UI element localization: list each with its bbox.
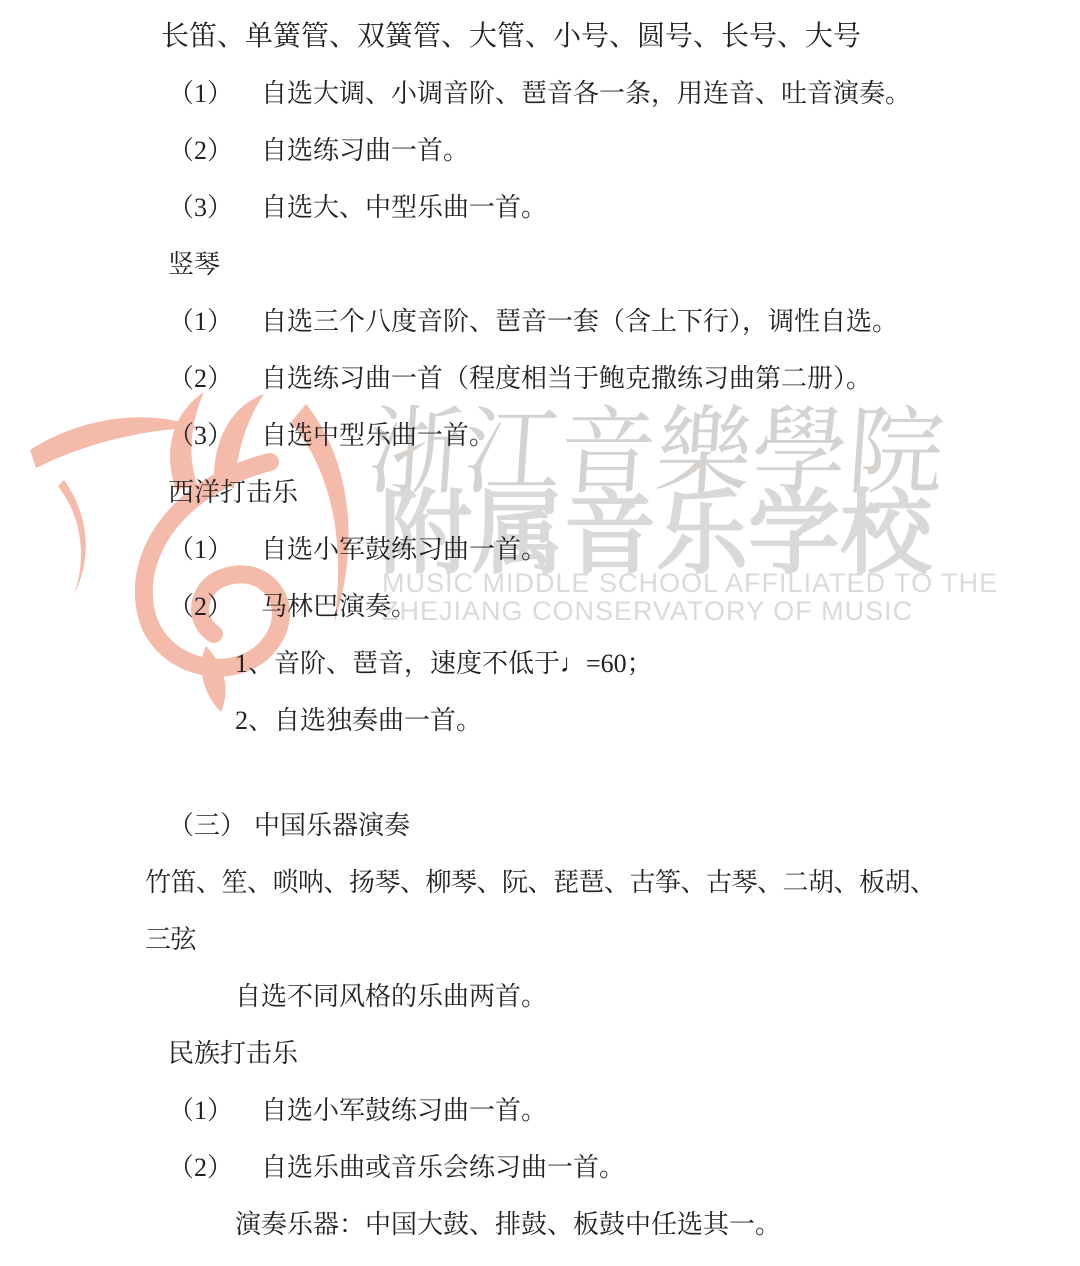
- line-text: 中国乐器演奏: [254, 797, 410, 854]
- line-text: 自选小军鼓练习曲一首。: [261, 1082, 547, 1139]
- line-number: （2）: [168, 1139, 233, 1196]
- line-text: 民族打击乐: [168, 1025, 298, 1082]
- text-line: 1、音阶、琶音，速度不低于♩=60；: [145, 635, 1040, 692]
- line-text: 自选中型乐曲一首。: [261, 407, 495, 464]
- text-line: （1）自选小军鼓练习曲一首。: [145, 1082, 1040, 1139]
- text-line: （2）自选练习曲一首。: [145, 122, 1040, 179]
- line-text: 马林巴演奏。: [261, 578, 417, 635]
- line-text: 长笛、单簧管、双簧管、大管、小号、圆号、长号、大号: [161, 8, 861, 65]
- line-text: 2、自选独奏曲一首。: [235, 692, 482, 749]
- line-text: 自选不同风格的乐曲两首。: [235, 968, 547, 1025]
- text-line: （2）自选乐曲或音乐会练习曲一首。: [145, 1139, 1040, 1196]
- text-line: 演奏乐器：中国大鼓、排鼓、板鼓中任选其一。: [145, 1196, 1040, 1253]
- line-text: 三弦: [145, 911, 196, 968]
- line-text: 西洋打击乐: [168, 464, 298, 521]
- text-line: 2、自选独奏曲一首。: [145, 692, 1040, 749]
- line-number: （2）: [168, 122, 233, 179]
- document-content: 长笛、单簧管、双簧管、大管、小号、圆号、长号、大号（1）自选大调、小调音阶、琶音…: [145, 8, 1040, 1253]
- line-number: （2）: [168, 350, 233, 407]
- line-text: 竹笛、笙、唢呐、扬琴、柳琴、阮、琵琶、古筝、古琴、二胡、板胡、: [145, 854, 936, 911]
- line-text: 自选练习曲一首（程度相当于鲍克撒练习曲第二册）。: [261, 350, 872, 407]
- document-page: 浙江音樂學院 附属音乐学校 MUSIC MIDDLE SCHOOL AFFILI…: [0, 0, 1080, 1266]
- text-line: 三弦: [145, 911, 1040, 968]
- text-line: 西洋打击乐: [145, 464, 1040, 521]
- line-number: （2）: [168, 578, 233, 635]
- line-text: 演奏乐器：中国大鼓、排鼓、板鼓中任选其一。: [235, 1196, 781, 1253]
- text-line: （2）自选练习曲一首（程度相当于鲍克撒练习曲第二册）。: [145, 350, 1040, 407]
- line-number: （3）: [168, 179, 233, 236]
- line-text: 自选乐曲或音乐会练习曲一首。: [261, 1139, 625, 1196]
- text-line: 自选不同风格的乐曲两首。: [145, 968, 1040, 1025]
- text-line: （1）自选小军鼓练习曲一首。: [145, 521, 1040, 578]
- line-number: （1）: [168, 293, 233, 350]
- line-text: 自选大、中型乐曲一首。: [261, 179, 547, 236]
- line-number: （1）: [168, 65, 233, 122]
- line-text: 自选大调、小调音阶、琶音各一条，用连音、吐音演奏。: [261, 65, 911, 122]
- line-number: （3）: [168, 407, 233, 464]
- line-text: 1、音阶、琶音，速度不低于♩=60；: [235, 635, 653, 692]
- text-line: （3）自选大、中型乐曲一首。: [145, 179, 1040, 236]
- line-number: （三）: [168, 797, 246, 854]
- text-line: （3）自选中型乐曲一首。: [145, 407, 1040, 464]
- text-line: 竹笛、笙、唢呐、扬琴、柳琴、阮、琵琶、古筝、古琴、二胡、板胡、: [145, 854, 1040, 911]
- text-line: 民族打击乐: [145, 1025, 1040, 1082]
- text-line: 竖琴: [145, 236, 1040, 293]
- line-text: 竖琴: [168, 236, 220, 293]
- text-line: （三）中国乐器演奏: [145, 797, 1040, 854]
- text-line: （2）马林巴演奏。: [145, 578, 1040, 635]
- line-number: （1）: [168, 1082, 233, 1139]
- line-text: 自选小军鼓练习曲一首。: [261, 521, 547, 578]
- text-line: （1）自选三个八度音阶、琶音一套（含上下行），调性自选。: [145, 293, 1040, 350]
- text-line: （1）自选大调、小调音阶、琶音各一条，用连音、吐音演奏。: [145, 65, 1040, 122]
- line-number: （1）: [168, 521, 233, 578]
- text-line: 长笛、单簧管、双簧管、大管、小号、圆号、长号、大号: [145, 8, 1040, 65]
- line-text: 自选三个八度音阶、琶音一套（含上下行），调性自选。: [261, 293, 898, 350]
- line-text: 自选练习曲一首。: [261, 122, 469, 179]
